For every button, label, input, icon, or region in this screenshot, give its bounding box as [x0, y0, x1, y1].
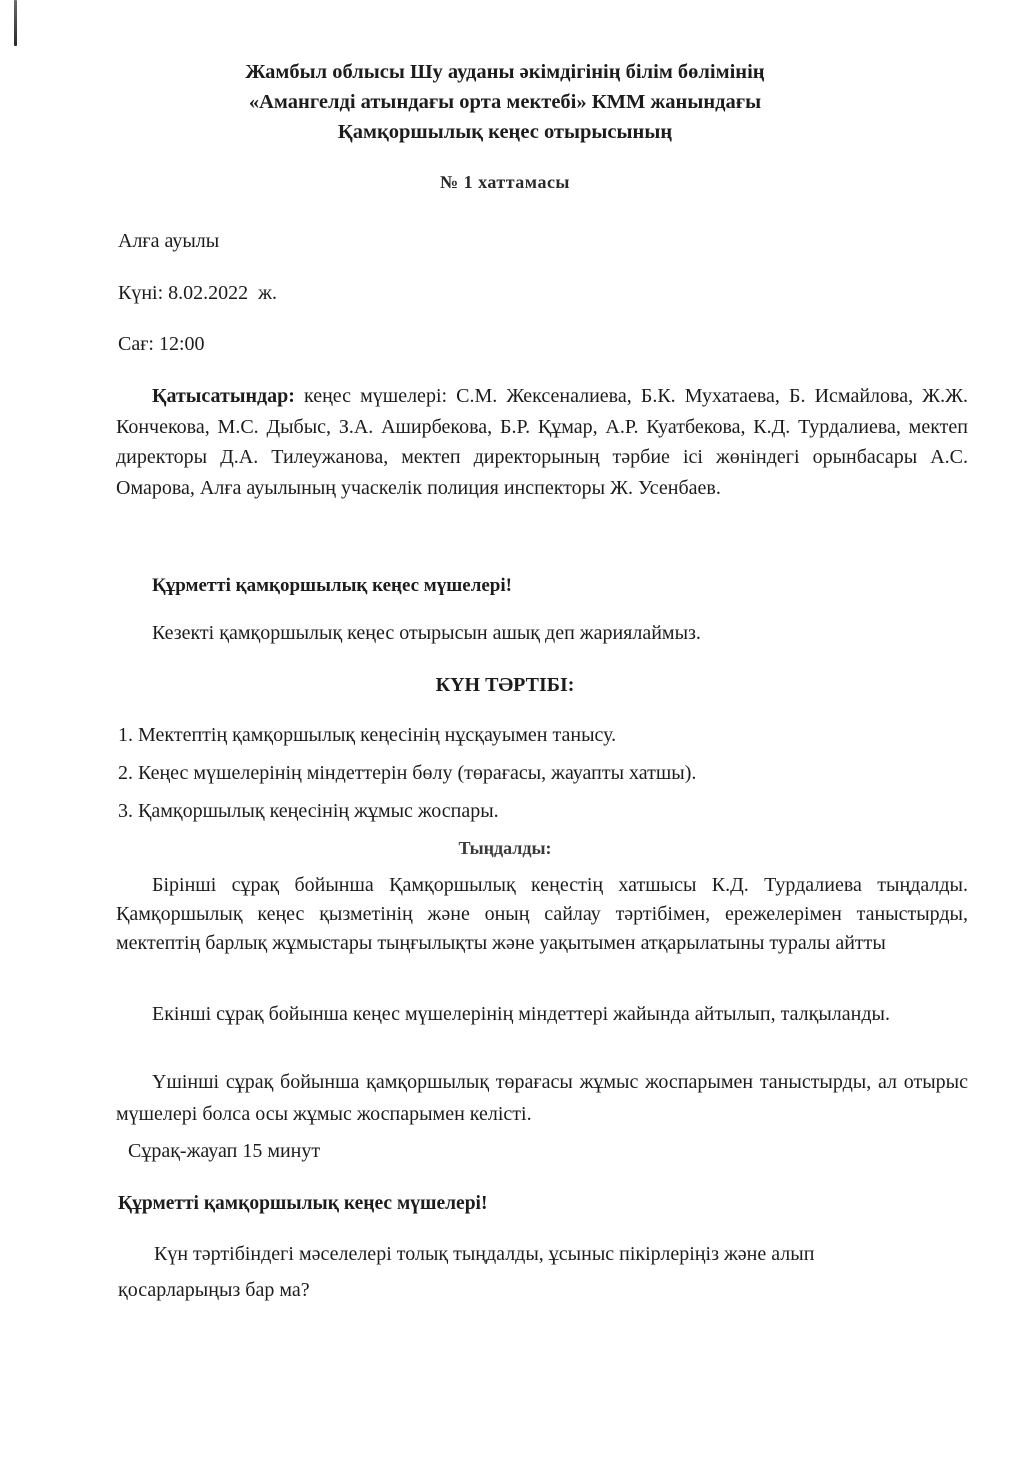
meeting-time: Сағ: 12:00	[118, 331, 205, 357]
time-label: Сағ:	[118, 333, 154, 355]
opening-statement: Кезекті қамқоршылық кеңес отырысын ашық …	[152, 620, 701, 646]
closing-question: Күн тәртібіндегі мәселелері толық тыңдал…	[118, 1236, 940, 1308]
heard-paragraph-2: Екінші сұрақ бойынша кеңес мүшелерінің м…	[116, 998, 968, 1030]
attendees-paragraph: Қатысатындар: кеңес мүшелері: С.М. Жексе…	[116, 381, 968, 503]
heard-paragraph-3: Үшінші сұрақ бойынша қамқоршылық төрағас…	[116, 1066, 968, 1130]
greeting-heading-1: Құрметті қамқоршылық кеңес мүшелері!	[152, 573, 512, 599]
agenda-item-1: 1. Мектептің қамқоршылық кеңесінің нұсқа…	[118, 724, 616, 747]
heard-paragraph-1: Бірінші сұрақ бойынша Қамқоршылық кеңест…	[116, 871, 968, 958]
agenda-title: КҮН ТӘРТІБІ:	[0, 674, 1010, 697]
protocol-number: № 1 хаттамасы	[0, 172, 1010, 193]
date-value: 8.02.2022 ж.	[168, 282, 277, 304]
agenda-item-3: 3. Қамқоршылық кеңесінің жұмыс жоспары.	[118, 800, 499, 823]
header-line-3: Қамқоршылық кеңес отырысының	[0, 117, 1010, 147]
heard-title: Тыңдалды:	[0, 838, 1010, 859]
header-line-1: Жамбыл облысы Шу ауданы әкімдігінің білі…	[0, 57, 1010, 87]
agenda-item-2: 2. Кеңес мүшелерінің міндеттерін бөлу (т…	[118, 762, 696, 785]
header-line-2: «Амангелді атындағы орта мектебі» КММ жа…	[0, 87, 1010, 117]
meeting-place: Алға ауылы	[118, 228, 219, 254]
date-label: Күні:	[118, 282, 163, 304]
meeting-date: Күні: 8.02.2022 ж.	[118, 280, 277, 306]
greeting-heading-2: Құрметті қамқоршылық кеңес мүшелері!	[118, 1191, 487, 1217]
attendees-label: Қатысатындар:	[152, 385, 295, 407]
document-header: Жамбыл облысы Шу ауданы әкімдігінің білі…	[0, 57, 1010, 147]
scan-edge-mark	[14, 0, 17, 46]
time-value: 12:00	[159, 333, 205, 355]
qa-duration: Сұрақ-жауап 15 минут	[128, 1138, 320, 1164]
